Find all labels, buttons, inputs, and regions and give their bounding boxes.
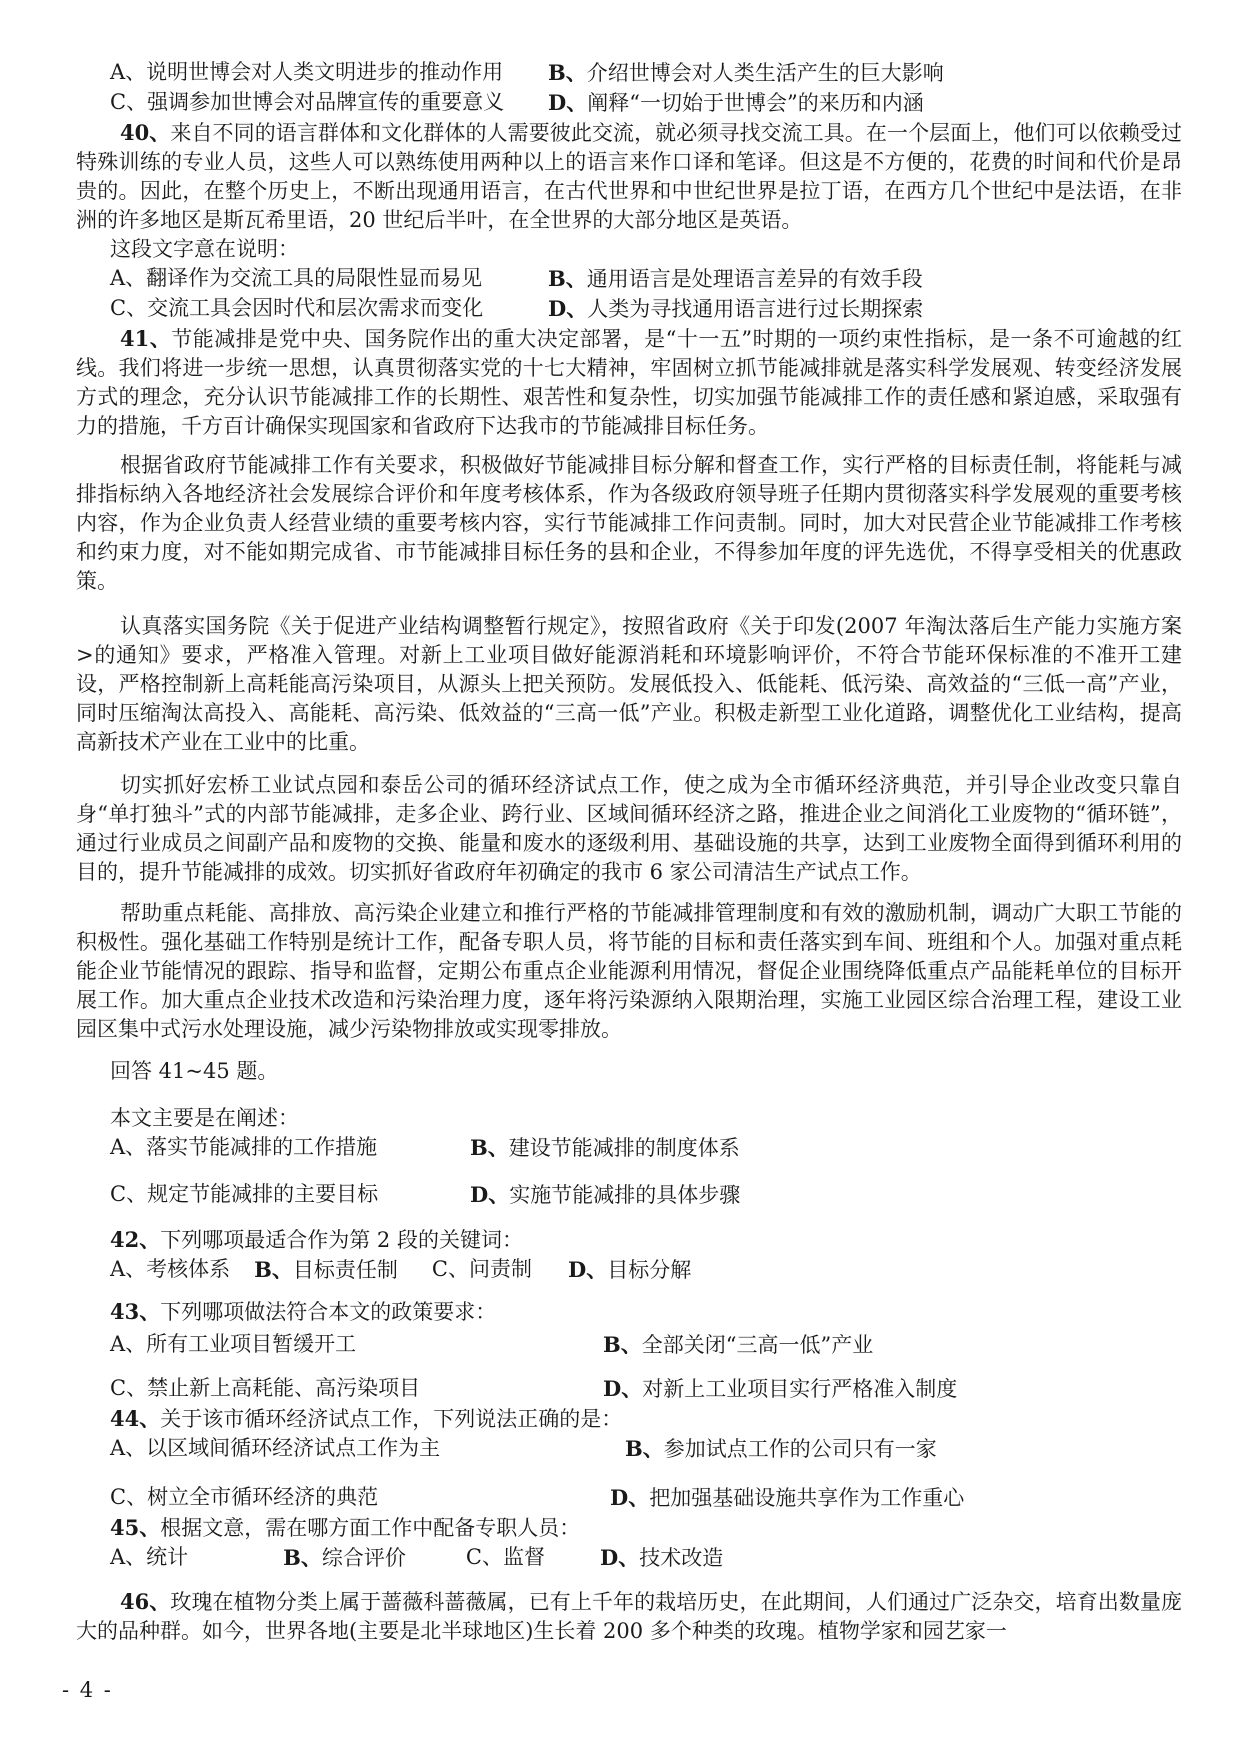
question-number: 42、 [110, 1227, 160, 1252]
option-text: 落实节能减排的工作措施 [146, 1135, 377, 1159]
q43-options-row-ab: A、所有工业项目暂缓开工 B、全部关闭“三高一低”产业 [76, 1330, 1182, 1360]
q41-passage-paragraph-4: 切实抓好宏桥工业试点园和泰岳公司的循环经济试点工作，使之成为全市循环经济典范，并… [76, 771, 1182, 887]
q41-passage-paragraph-1: 41、节能减排是党中央、国务院作出的重大决定部署，是“十一五”时期的一项约束性指… [76, 324, 1182, 441]
option-label: C、 [432, 1257, 469, 1281]
option-text: 监督 [503, 1545, 545, 1569]
q39-options-row-ab: A、说明世博会对人类文明进步的推动作用 B、介绍世博会对人类生活产生的巨大影响 [76, 58, 1182, 88]
prompt-text: 下列哪项最适合作为第 2 段的关键词： [160, 1228, 523, 1252]
q43-option-b: B、全部关闭“三高一低”产业 [603, 1330, 873, 1360]
option-text: 把加强基础设施共享作为工作重心 [649, 1486, 964, 1510]
page-number-footer: - 4 - [62, 1676, 113, 1705]
question-number: 43、 [110, 1299, 160, 1324]
q43-prompt: 43、下列哪项做法符合本文的政策要求： [76, 1297, 1182, 1327]
q45-prompt: 45、根据文意，需在哪方面工作中配备专职人员： [76, 1513, 1182, 1543]
option-label: A、 [110, 1135, 146, 1159]
option-label: C、 [110, 90, 147, 114]
q39-options-row-cd: C、强调参加世博会对品牌宣传的重要意义 D、阐释“一切始于世博会”的来历和内涵 [76, 88, 1182, 118]
option-label: C、 [110, 1485, 147, 1509]
option-label: D、 [470, 1182, 509, 1207]
option-text: 强调参加世博会对品牌宣传的重要意义 [147, 90, 504, 114]
q41-options-row-ab: A、落实节能减排的工作措施 B、建设节能减排的制度体系 [76, 1133, 1182, 1163]
option-label: C、 [110, 1376, 147, 1400]
option-text: 参加试点工作的公司只有一家 [664, 1437, 937, 1461]
option-label: D、 [603, 1376, 642, 1401]
q45-option-a: A、统计 [110, 1543, 188, 1573]
q41-option-b: B、建设节能减排的制度体系 [470, 1133, 740, 1163]
prompt-text: 根据文意，需在哪方面工作中配备专职人员： [160, 1516, 580, 1540]
option-text: 以区域间循环经济试点工作为主 [146, 1436, 440, 1460]
option-text: 所有工业项目暂缓开工 [146, 1332, 356, 1356]
q42-option-d: D、目标分解 [568, 1255, 691, 1285]
q40-option-d: D、人类为寻找通用语言进行过长期探索 [548, 294, 923, 324]
q39-option-c: C、强调参加世博会对品牌宣传的重要意义 [110, 88, 548, 118]
passage-text: 节能减排是党中央、国务院作出的重大决定部署，是“十一五”时期的一项约束性指标，是… [76, 327, 1182, 438]
question-number: 45、 [110, 1515, 160, 1540]
option-label: B、 [548, 266, 587, 291]
option-label: B、 [548, 60, 587, 85]
q40-options-row-cd: C、交流工具会因时代和层次需求而变化 D、人类为寻找通用语言进行过长期探索 [76, 294, 1182, 324]
passage-text: 切实抓好宏桥工业试点园和泰岳公司的循环经济试点工作，使之成为全市循环经济典范，并… [76, 773, 1182, 884]
option-label: A、 [110, 60, 146, 84]
option-text: 对新上工业项目实行严格准入制度 [642, 1377, 957, 1401]
option-label: A、 [110, 1332, 146, 1356]
q42-options-row: A、考核体系 B、目标责任制 C、问责制 D、目标分解 [76, 1255, 1182, 1285]
q39-option-b: B、介绍世博会对人类生活产生的巨大影响 [548, 58, 944, 88]
q41-passage-paragraph-3: 认真落实国务院《关于促进产业结构调整暂行规定》，按照省政府《关于印发(2007 … [76, 612, 1182, 757]
option-label: C、 [110, 296, 147, 320]
option-label: B、 [625, 1436, 664, 1461]
option-label: C、 [110, 1182, 147, 1206]
q45-options-row: A、统计 B、综合评价 C、监督 D、技术改造 [76, 1543, 1182, 1573]
q44-option-a: A、以区域间循环经济试点工作为主 [110, 1434, 625, 1464]
prompt-text: 关于该市循环经济试点工作，下列说法正确的是： [160, 1407, 622, 1431]
passage-text: 帮助重点耗能、高排放、高污染企业建立和推行严格的节能减排管理制度和有效的激励机制… [76, 901, 1182, 1041]
q43-option-d: D、对新上工业项目实行严格准入制度 [603, 1374, 957, 1404]
option-text: 问责制 [469, 1257, 532, 1281]
q41-passage-paragraph-2: 根据省政府节能减排工作有关要求，积极做好节能减排目标分解和督查工作，实行严格的目… [76, 451, 1182, 596]
passage-text: 玫瑰在植物分类上属于蔷薇科蔷薇属，已有上千年的栽培历史，在此期间，人们通过广泛杂… [76, 1590, 1182, 1643]
note-text: 回答 41~45 题。 [110, 1059, 278, 1083]
q39-option-a: A、说明世博会对人类文明进步的推动作用 [110, 58, 548, 88]
option-text: 目标分解 [607, 1258, 691, 1282]
option-label: D、 [548, 90, 587, 115]
option-text: 翻译作为交流工具的局限性显而易见 [146, 266, 482, 290]
option-label: D、 [548, 296, 587, 321]
option-text: 统计 [146, 1545, 188, 1569]
q42-option-a: A、考核体系 [110, 1255, 230, 1285]
q44-prompt: 44、关于该市循环经济试点工作，下列说法正确的是： [76, 1404, 1182, 1434]
q40-passage: 40、来自不同的语言群体和文化群体的人需要彼此交流，就必须寻找交流工具。在一个层… [76, 118, 1182, 235]
q43-option-a: A、所有工业项目暂缓开工 [110, 1330, 603, 1360]
q40-options-row-ab: A、翻译作为交流工具的局限性显而易见 B、通用语言是处理语言差异的有效手段 [76, 264, 1182, 294]
q40-prompt: 这段文字意在说明： [76, 235, 1182, 264]
option-label: B、 [470, 1135, 509, 1160]
answer-range-note: 回答 41~45 题。 [76, 1057, 1182, 1086]
passage-text: 认真落实国务院《关于促进产业结构调整暂行规定》，按照省政府《关于印发(2007 … [76, 614, 1182, 754]
prompt-text: 本文主要是在阐述： [110, 1106, 299, 1130]
q41-option-a: A、落实节能减排的工作措施 [110, 1133, 470, 1163]
option-label: A、 [110, 1436, 146, 1460]
q41-passage-paragraph-5: 帮助重点耗能、高排放、高污染企业建立和推行严格的节能减排管理制度和有效的激励机制… [76, 899, 1182, 1044]
option-label: D、 [610, 1485, 649, 1510]
option-text: 说明世博会对人类文明进步的推动作用 [146, 60, 503, 84]
question-number: 44、 [110, 1406, 160, 1431]
q42-option-c: C、问责制 [432, 1255, 532, 1285]
option-text: 介绍世博会对人类生活产生的巨大影响 [587, 61, 944, 85]
option-label: C、 [466, 1545, 503, 1569]
q44-options-row-ab: A、以区域间循环经济试点工作为主 B、参加试点工作的公司只有一家 [76, 1434, 1182, 1464]
option-text: 禁止新上高耗能、高污染项目 [147, 1376, 420, 1400]
q45-option-c: C、监督 [466, 1543, 545, 1573]
q40-option-b: B、通用语言是处理语言差异的有效手段 [548, 264, 923, 294]
option-label: A、 [110, 1257, 146, 1281]
page-content: A、说明世博会对人类文明进步的推动作用 B、介绍世博会对人类生活产生的巨大影响 … [76, 58, 1182, 1646]
option-text: 树立全市循环经济的典范 [147, 1485, 378, 1509]
option-text: 综合评价 [322, 1546, 406, 1570]
option-text: 实施节能减排的具体步骤 [509, 1183, 740, 1207]
question-number: 46、 [120, 1589, 170, 1614]
option-label: D、 [600, 1545, 639, 1570]
q40-option-c: C、交流工具会因时代和层次需求而变化 [110, 294, 548, 324]
q41-option-d: D、实施节能减排的具体步骤 [470, 1180, 740, 1210]
option-text: 技术改造 [639, 1546, 723, 1570]
option-text: 全部关闭“三高一低”产业 [642, 1333, 873, 1357]
q41-prompt: 本文主要是在阐述： [76, 1104, 1182, 1133]
question-number: 40、 [120, 120, 170, 145]
option-text: 目标责任制 [293, 1258, 398, 1282]
passage-text: 来自不同的语言群体和文化群体的人需要彼此交流，就必须寻找交流工具。在一个层面上，… [76, 121, 1182, 232]
q41-options-row-cd: C、规定节能减排的主要目标 D、实施节能减排的具体步骤 [76, 1180, 1182, 1210]
prompt-text: 这段文字意在说明： [110, 237, 299, 261]
q44-option-b: B、参加试点工作的公司只有一家 [625, 1434, 937, 1464]
q44-options-row-cd: C、树立全市循环经济的典范 D、把加强基础设施共享作为工作重心 [76, 1483, 1182, 1513]
option-label: B、 [283, 1545, 322, 1570]
q45-option-d: D、技术改造 [600, 1543, 723, 1573]
q39-option-d: D、阐释“一切始于世博会”的来历和内涵 [548, 88, 924, 118]
prompt-text: 下列哪项做法符合本文的政策要求： [160, 1300, 496, 1324]
option-text: 阐释“一切始于世博会”的来历和内涵 [587, 91, 923, 115]
option-label: A、 [110, 266, 146, 290]
option-label: B、 [603, 1332, 642, 1357]
q42-option-b: B、目标责任制 [254, 1255, 398, 1285]
q44-option-c: C、树立全市循环经济的典范 [110, 1483, 610, 1513]
question-number: 41、 [120, 326, 171, 351]
q43-options-row-cd: C、禁止新上高耗能、高污染项目 D、对新上工业项目实行严格准入制度 [76, 1374, 1182, 1404]
option-text: 规定节能减排的主要目标 [147, 1182, 378, 1206]
option-text: 通用语言是处理语言差异的有效手段 [587, 267, 923, 291]
option-label: B、 [254, 1257, 293, 1282]
q45-option-b: B、综合评价 [283, 1543, 406, 1573]
option-text: 建设节能减排的制度体系 [509, 1136, 740, 1160]
option-label: A、 [110, 1545, 146, 1569]
exam-page: A、说明世博会对人类文明进步的推动作用 B、介绍世博会对人类生活产生的巨大影响 … [0, 0, 1241, 1754]
option-text: 交流工具会因时代和层次需求而变化 [147, 296, 483, 320]
q46-passage: 46、玫瑰在植物分类上属于蔷薇科蔷薇属，已有上千年的栽培历史，在此期间，人们通过… [76, 1587, 1182, 1646]
option-label: D、 [568, 1257, 607, 1282]
q42-prompt: 42、下列哪项最适合作为第 2 段的关键词： [76, 1225, 1182, 1255]
q43-option-c: C、禁止新上高耗能、高污染项目 [110, 1374, 603, 1404]
q40-option-a: A、翻译作为交流工具的局限性显而易见 [110, 264, 548, 294]
option-text: 人类为寻找通用语言进行过长期探索 [587, 297, 923, 321]
passage-text: 根据省政府节能减排工作有关要求，积极做好节能减排目标分解和督查工作，实行严格的目… [76, 453, 1182, 593]
q44-option-d: D、把加强基础设施共享作为工作重心 [610, 1483, 964, 1513]
option-text: 考核体系 [146, 1257, 230, 1281]
q41-option-c: C、规定节能减排的主要目标 [110, 1180, 470, 1210]
